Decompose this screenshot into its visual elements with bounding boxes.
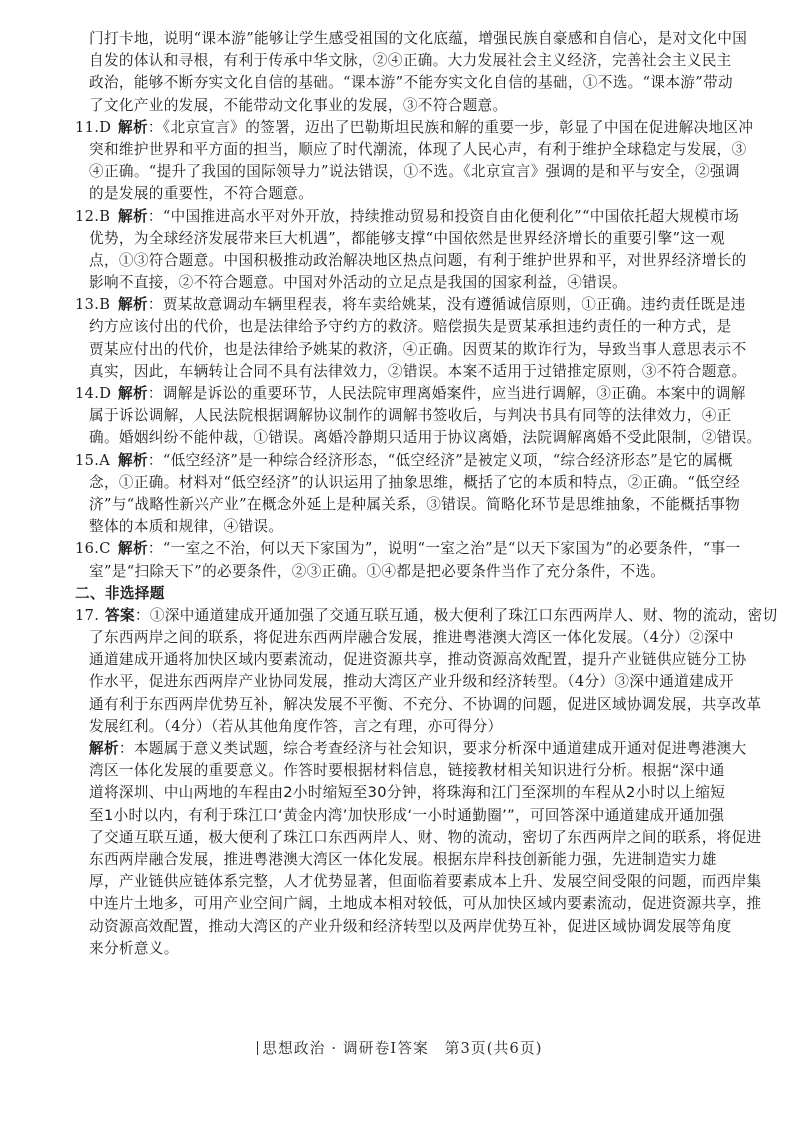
- text-line: 道将深圳、中山两地的车程由2小时缩短至30分钟，将珠海和江门至深圳的车程从2小时…: [75, 782, 723, 804]
- analysis-label: 解析: [118, 385, 148, 402]
- question-13: 13.B解析：贾某故意调动车辆里程表，将车卖给姚某，没有遵循诚信原则，①正确。违…: [75, 294, 723, 383]
- text-line: 中连片土地多，可用产业空间广阔，土地成本相对较低，可从加快区域内要素流动，促进资…: [75, 893, 723, 915]
- question-number: 11.D: [75, 117, 118, 139]
- text-line: 室”是“扫除天下”的必要条件，②③正确。①④都是把必要条件当作了充分条件，不选。: [75, 561, 723, 583]
- analysis-label: 解析: [118, 540, 148, 557]
- text-line: 确。婚姻纠纷不能仲裁，①错误。离婚冷静期只适用于协议离婚，法院调解离婚不受此限制…: [75, 427, 723, 449]
- question-first-line: 15.A解析：“低空经济”是一种综合经济形态，“低空经济”是被定义项，“综合经济…: [75, 450, 723, 472]
- text-line: 自发的体认和寻根，有利于传承中华文脉，②④正确。大力发展社会主义经济，完善社会主…: [75, 50, 723, 72]
- text-line: 了东西两岸之间的联系，将促进东西两岸融合发展，推进粤港澳大湾区一体化发展。（4分…: [75, 627, 723, 649]
- question-first-line: 14.D解析：调解是诉讼的重要环节，人民法院审理离婚案件，应当进行调解，③正确。…: [75, 383, 723, 405]
- question-first-line: 17.答案：①深中通道建成开通加强了交通互联互通，极大便利了珠江口东西两岸人、财…: [75, 605, 723, 627]
- text-line: 湾区一体化发展的重要意义。作答时要根据材料信息，链接教材相关知识进行分析。根据“…: [75, 760, 723, 782]
- text-line: 了文化产业的发展，不能带动文化事业的发展，③不符合题意。: [75, 95, 723, 117]
- text-line: 突和维护世界和平方面的担当，顺应了时代潮流，体现了人民心声，有利于维护全球稳定与…: [75, 139, 723, 161]
- text-line: 影响不直接，②不符合题意。中国对外活动的立足点是我国的国家利益，④错误。: [75, 272, 723, 294]
- question-number: 15.A: [75, 450, 118, 472]
- text-line: 了交通互联互通，极大便利了珠江口东西两岸人、财、物的流动，密切了东西两岸之间的联…: [75, 827, 723, 849]
- text-line: 政治，能够不断夯实文化自信的基础。“课本游”不能夯实文化自信的基础，①不选。“课…: [75, 72, 723, 94]
- question-17-analysis: 解析：本题属于意义类试题，综合考查经济与社会知识，要求分析深中通道建成开通对促进…: [75, 738, 723, 960]
- text-line: 厚，产业链供应链体系完整，人才优势显著，但面临着要素成本上升、发展空间受限的问题…: [75, 871, 723, 893]
- text-line: 作水平，促进东西两岸产业协同发展，推动大湾区产业升级和经济转型。（4分）③深中通…: [75, 671, 723, 693]
- text-line: 济”与“战略性新兴产业”在概念外延上是种属关系，③错误。简略化环节是思维抽象，不…: [75, 494, 723, 516]
- question-number: 12.B: [75, 206, 118, 228]
- document-page: 门打卡地，说明“课本游”能够让学生感受祖国的文化底蕴，增强民族自豪感和自信心，是…: [0, 0, 800, 1130]
- text-line: 真实，因此，车辆转让合同不具有法律效力，②错误。本案不适用于过错推定原则，③不符…: [75, 361, 723, 383]
- answer-text: ：①深中通道建成开通加强了交通互联互通，极大便利了珠江口东西两岸人、财、物的流动…: [135, 607, 778, 624]
- text-line: 至1小时以内，有利于珠江口‘黄金内湾’加快形成‘一小时通勤圈’”，可回答深中通道…: [75, 805, 723, 827]
- question-text: ：调解是诉讼的重要环节，人民法院审理离婚案件，应当进行调解，③正确。本案中的调解: [148, 385, 746, 402]
- question-text: ：“中国推进高水平对外开放，持续推动贸易和投资自由化便利化”“中国依托超大规模市…: [148, 208, 739, 225]
- footer-text: 思想政治 · 调研卷Ⅰ答案 第3页(共6页): [262, 1040, 542, 1057]
- page-footer: 思想政治 · 调研卷Ⅰ答案 第3页(共6页): [0, 1037, 800, 1058]
- analysis-label: 解析: [118, 296, 148, 313]
- text-line: 属于诉讼调解，人民法院根据调解协议制作的调解书签收后，与判决书具有同等的法律效力…: [75, 405, 723, 427]
- question-12: 12.B解析：“中国推进高水平对外开放，持续推动贸易和投资自由化便利化”“中国依…: [75, 206, 723, 295]
- text-line: 念，①正确。材料对“低空经济”的认识运用了抽象思维，概括了它的本质和特点，②正确…: [75, 472, 723, 494]
- analysis-first-line: 解析：本题属于意义类试题，综合考查经济与社会知识，要求分析深中通道建成开通对促进…: [75, 738, 723, 760]
- text-line: 门打卡地，说明“课本游”能够让学生感受祖国的文化底蕴，增强民族自豪感和自信心，是…: [75, 28, 723, 50]
- question-17-answer: 17.答案：①深中通道建成开通加强了交通互联互通，极大便利了珠江口东西两岸人、财…: [75, 605, 723, 738]
- question-number: 16.C: [75, 538, 118, 560]
- text-line: 的是发展的重要性，不符合题意。: [75, 183, 723, 205]
- question-first-line: 16.C解析：“一室之不治，何以天下家国为”，说明“一室之治”是“以天下家国为”…: [75, 538, 723, 560]
- answer-label: 答案: [105, 607, 135, 624]
- text-line: ④正确。“提升了我国的国际领导力”说法错误，①不选。《北京宣言》强调的是和平与安…: [75, 161, 723, 183]
- question-15: 15.A解析：“低空经济”是一种综合经济形态，“低空经济”是被定义项，“综合经济…: [75, 450, 723, 539]
- text-line: 来分析意义。: [75, 938, 723, 960]
- text-line: 东西两岸融合发展，推进粤港澳大湾区一体化发展。根据东岸科技创新能力强，先进制造实…: [75, 849, 723, 871]
- text-line: 贾某应付出的代价，也是法律给予姚某的救济，④正确。因贾某的欺诈行为，导致当事人意…: [75, 339, 723, 361]
- question-text: ：“低空经济”是一种综合经济形态，“低空经济”是被定义项，“综合经济形态”是它的…: [148, 452, 733, 469]
- answer-content: 门打卡地，说明“课本游”能够让学生感受祖国的文化底蕴，增强民族自豪感和自信心，是…: [75, 28, 723, 960]
- text-line: 通有利于东西两岸优势互补，解决发展不平衡、不充分、不协调的问题，促进区域协调发展…: [75, 694, 723, 716]
- question-text: ：贾某故意调动车辆里程表，将车卖给姚某，没有遵循诚信原则，①正确。违约责任既是违: [148, 296, 746, 313]
- footer-divider: [257, 1041, 258, 1055]
- question-14: 14.D解析：调解是诉讼的重要环节，人民法院审理离婚案件，应当进行调解，③正确。…: [75, 383, 723, 450]
- question-first-line: 12.B解析：“中国推进高水平对外开放，持续推动贸易和投资自由化便利化”“中国依…: [75, 206, 723, 228]
- question-number: 17.: [75, 605, 105, 627]
- analysis-label: 解析: [118, 452, 148, 469]
- section-heading: 二、非选择题: [75, 583, 723, 605]
- question-text: ：“一室之不治，何以天下家国为”，说明“一室之治”是“以天下家国为”的必要条件，…: [148, 540, 741, 557]
- text-line: 动资源高效配置，推动大湾区的产业升级和经济转型以及两岸优势互补，促进区域协调发展…: [75, 916, 723, 938]
- text-line: 发展红利。（4分）（若从其他角度作答，言之有理，亦可得分）: [75, 716, 723, 738]
- analysis-label: 解析: [118, 119, 148, 136]
- analysis-label: 解析: [118, 208, 148, 225]
- text-line: 通道建成开通将加快区域内要素流动，促进资源共享，推动资源高效配置，提升产业链供应…: [75, 649, 723, 671]
- analysis-text: ：本题属于意义类试题，综合考查经济与社会知识，要求分析深中通道建成开通对促进粤港…: [119, 740, 747, 757]
- question-number: 14.D: [75, 383, 118, 405]
- question-11: 11.D解析：《北京宣言》的签署，迈出了巴勒斯坦民族和解的重要一步，彰显了中国在…: [75, 117, 723, 206]
- question-first-line: 13.B解析：贾某故意调动车辆里程表，将车卖给姚某，没有遵循诚信原则，①正确。违…: [75, 294, 723, 316]
- text-line: 优势，为全球经济发展带来巨大机遇”，都能够支撑“中国依然是世界经济增长的重要引擎…: [75, 228, 723, 250]
- q10-continuation: 门打卡地，说明“课本游”能够让学生感受祖国的文化底蕴，增强民族自豪感和自信心，是…: [75, 28, 723, 117]
- question-text: ：《北京宣言》的签署，迈出了巴勒斯坦民族和解的重要一步，彰显了中国在促进解决地区…: [148, 119, 753, 136]
- text-line: 约方应该付出的代价，也是法律给予守约方的救济。赔偿损失是贾某承担违约责任的一种方…: [75, 316, 723, 338]
- text-line: 整体的本质和规律，④错误。: [75, 516, 723, 538]
- question-number: 13.B: [75, 294, 118, 316]
- question-first-line: 11.D解析：《北京宣言》的签署，迈出了巴勒斯坦民族和解的重要一步，彰显了中国在…: [75, 117, 723, 139]
- text-line: 点，①③符合题意。中国积极推动政治解决地区热点问题，有利于维护世界和平，对世界经…: [75, 250, 723, 272]
- analysis-label: 解析: [89, 740, 119, 757]
- question-16: 16.C解析：“一室之不治，何以天下家国为”，说明“一室之治”是“以天下家国为”…: [75, 538, 723, 582]
